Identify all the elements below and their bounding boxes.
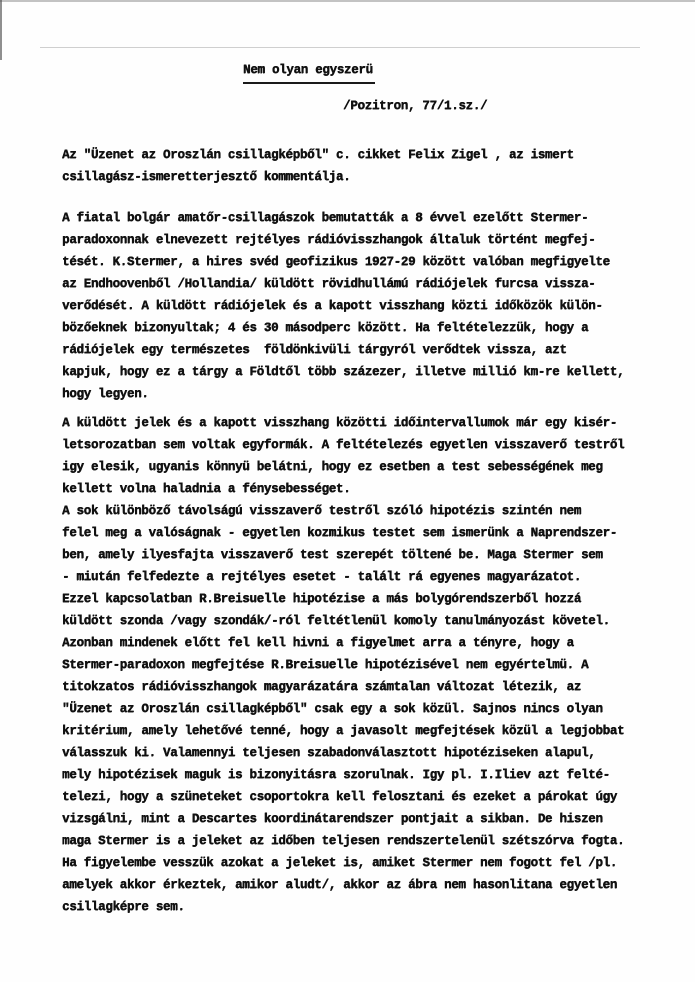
scan-edge-left <box>0 0 2 60</box>
text-line: ben, amely ilyesfajta visszaverő test sz… <box>62 544 617 566</box>
text-line: tését. K.Stermer, a hires svéd geofiziku… <box>62 251 624 273</box>
text-line: kapjuk, hogy ez a tárgy a Földtől több s… <box>62 361 624 383</box>
text-line: - miután felfedezte a rejtélyes esetet -… <box>62 566 617 588</box>
text-line: Ha figyelembe vesszük azokat a jeleket i… <box>62 852 624 874</box>
paragraph-stermer-paradox: A fiatal bolgár amatőr-csillagászok bemu… <box>62 207 624 405</box>
paragraph-conclusion: Azonban mindenek előtt fel kell hivni a … <box>62 632 624 918</box>
text-line: Ezzel kapcsolatban R.Breisuelle hipotézi… <box>62 588 617 610</box>
text-line: kellett volna haladnia a fénysebességet. <box>62 478 624 500</box>
text-line: Stermer-paradoxon megfejtése R.Breisuell… <box>62 654 624 676</box>
paragraph-time-intervals: A küldött jelek és a kapott visszhang kö… <box>62 412 624 500</box>
text-line: küldött szonda /vagy szondák/-ról feltét… <box>62 610 617 632</box>
text-line: verődését. A küldött rádiójelek és a kap… <box>62 295 624 317</box>
text-line: A küldött jelek és a kapott visszhang kö… <box>62 412 624 434</box>
scan-edge-top <box>0 0 695 2</box>
text-line: igy elesik, ugyanis könnyü belátni, hogy… <box>62 456 624 478</box>
title-underline <box>243 82 375 84</box>
text-line: "Üzenet az Oroszlán csillagképből" csak … <box>62 698 624 720</box>
text-line: Az "Üzenet az Oroszlán csillagképből" c.… <box>62 144 574 166</box>
text-line: vizsgálni, mint a Descartes koordinátare… <box>62 808 624 830</box>
bleed-through-line <box>40 47 640 48</box>
text-line: paradoxonnak elnevezett rejtélyes rádióv… <box>62 229 624 251</box>
text-line: titokzatos rádióvisszhangok magyarázatár… <box>62 676 624 698</box>
text-line: kritérium, amely lehetővé tenné, hogy a … <box>62 720 624 742</box>
text-line: amelyek akkor érkeztek, amikor aludt/, a… <box>62 874 624 896</box>
text-line: mely hipotézisek maguk is bizonyitásra s… <box>62 764 624 786</box>
text-line: rádiójelek egy természetes földönkivüli … <box>62 339 624 361</box>
paragraph-intro: Az "Üzenet az Oroszlán csillagképből" c.… <box>62 144 574 188</box>
paragraph-hypothesis: A sok különböző távolságú visszaverő tes… <box>62 500 617 632</box>
text-line: csillagképre sem. <box>62 896 624 918</box>
document-source: /Pozitron, 77/1.sz./ <box>343 95 487 117</box>
document-page: Nem olyan egyszerü /Pozitron, 77/1.sz./ … <box>0 0 695 982</box>
text-line: maga Stermer is a jeleket az időben telj… <box>62 830 624 852</box>
text-line: felel meg a valóságnak - egyetlen kozmik… <box>62 522 617 544</box>
text-line: csillagász-ismeretterjesztő kommentálja. <box>62 166 574 188</box>
text-line: A sok különböző távolságú visszaverő tes… <box>62 500 617 522</box>
text-line: bözőeknek bizonyultak; 4 és 30 másodperc… <box>62 317 624 339</box>
text-line: letsorozatban sem voltak egyformák. A fe… <box>62 434 624 456</box>
text-line: válasszuk ki. Valamennyi teljesen szabad… <box>62 742 624 764</box>
text-line: Azonban mindenek előtt fel kell hivni a … <box>62 632 624 654</box>
text-line: hogy legyen. <box>62 383 624 405</box>
text-line: telezi, hogy a szüneteket csoportokra ke… <box>62 786 624 808</box>
text-line: A fiatal bolgár amatőr-csillagászok bemu… <box>62 207 624 229</box>
document-title: Nem olyan egyszerü <box>243 59 373 81</box>
text-line: az Endhoovenből /Hollandia/ küldött rövi… <box>62 273 624 295</box>
